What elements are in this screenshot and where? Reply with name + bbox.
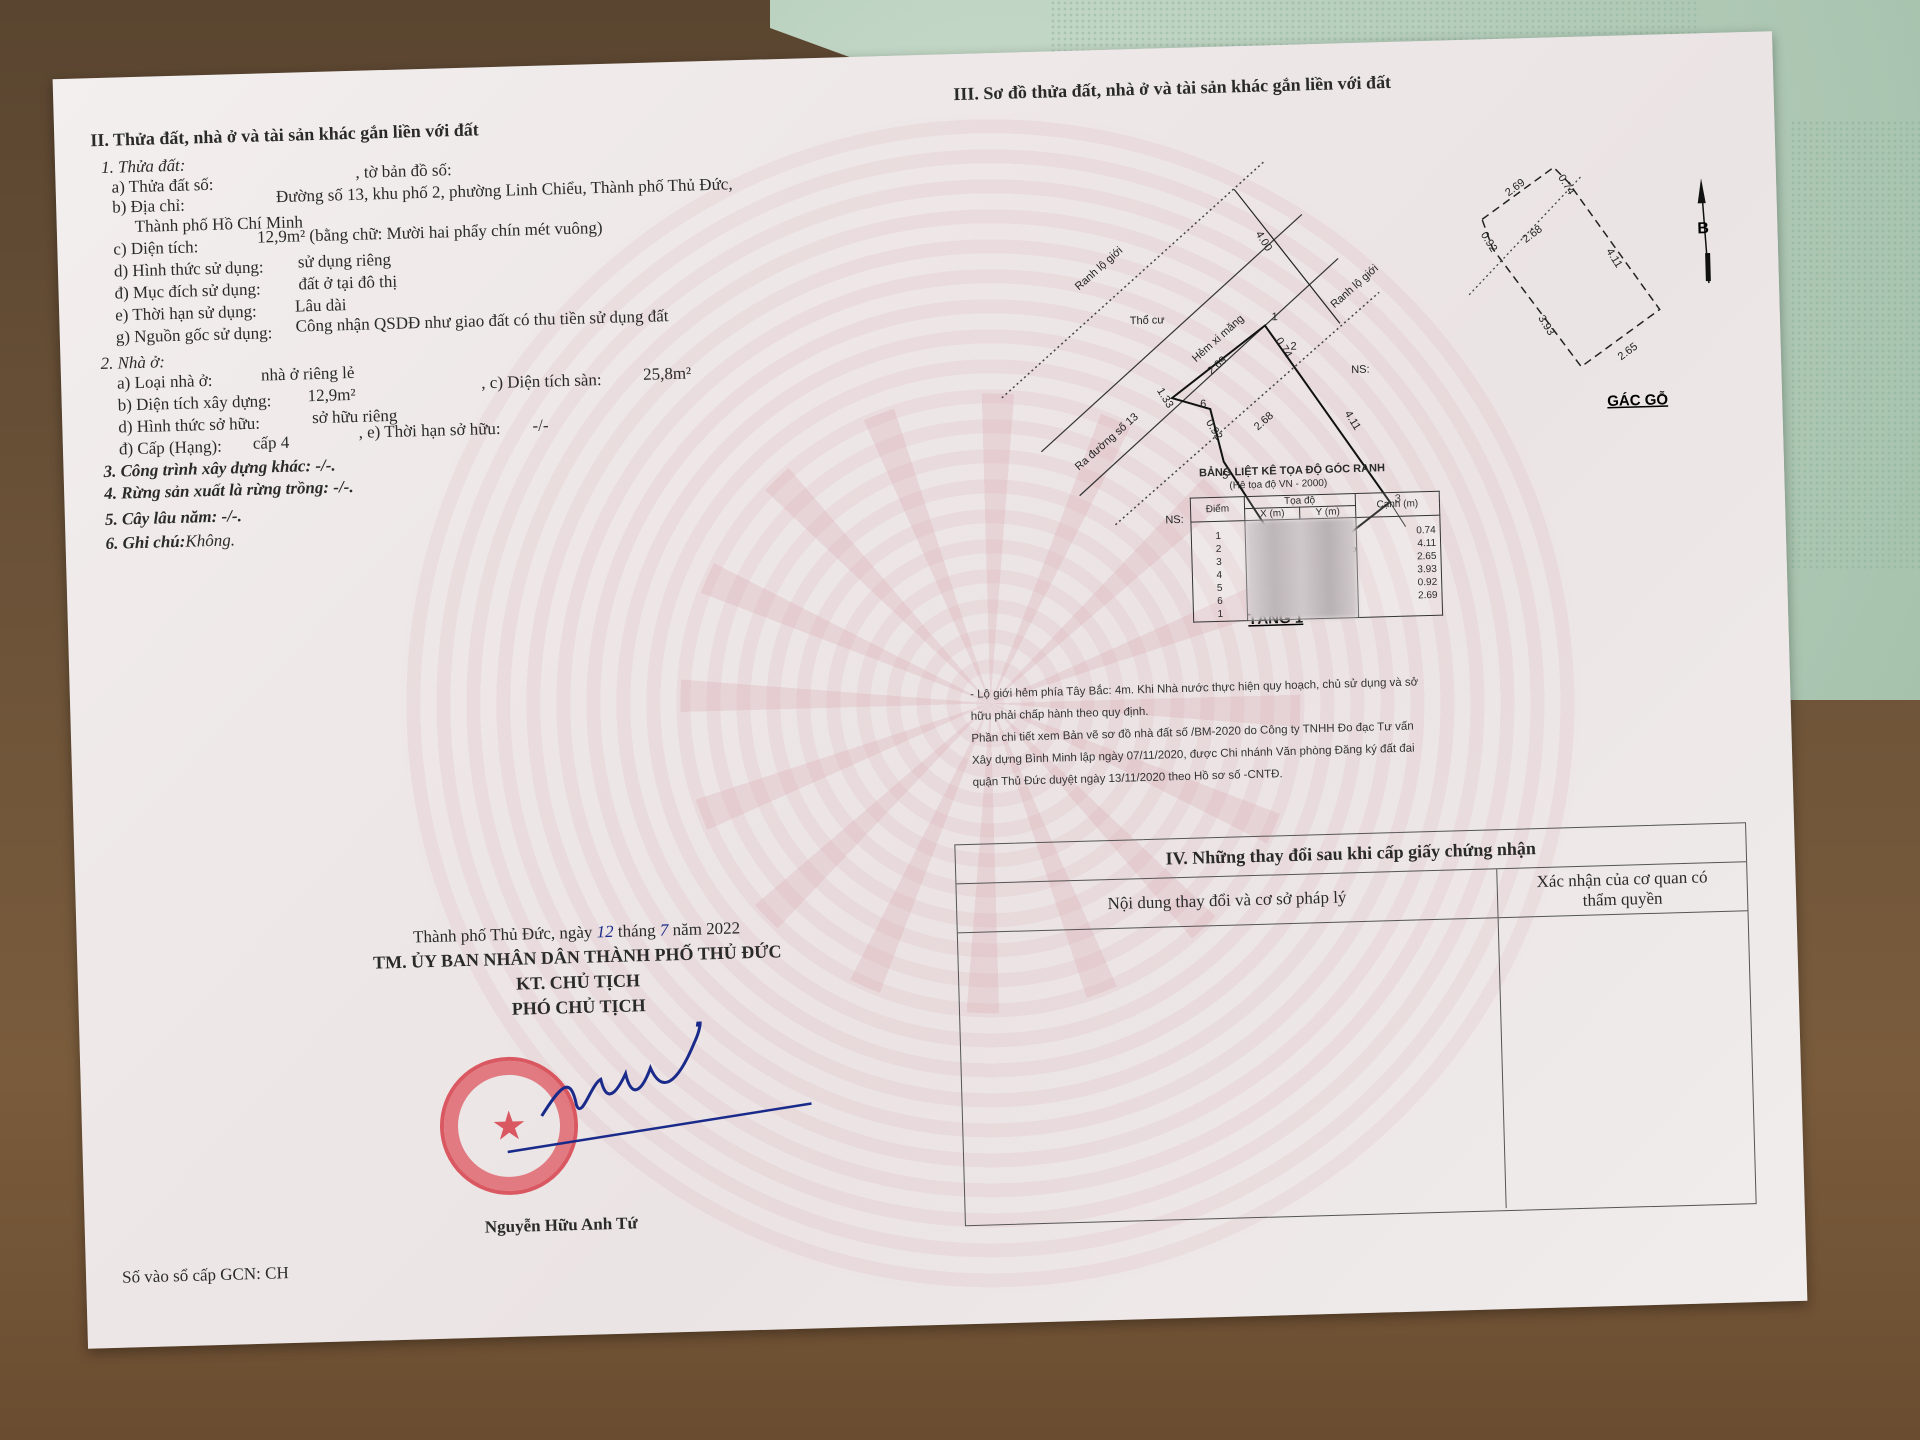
north-label: B [1697,220,1709,237]
section-3-title: III. Sơ đồ thửa đất, nhà ở và tài sản kh… [953,72,1391,105]
svg-text:4.11: 4.11 [1342,409,1363,433]
svg-text:2.65: 2.65 [1616,341,1640,363]
edge-length [1362,602,1438,617]
mezzanine-label: GÁC GỖ [1607,390,1669,410]
svg-text:2: 2 [1290,341,1296,353]
note-value: Không. [185,530,235,550]
handwritten-signature [499,1018,823,1167]
address-label: b) Địa chỉ: [112,196,185,218]
term-label: e) Thời hạn sử dụng: [115,302,257,326]
svg-text:0.92: 0.92 [1203,417,1224,442]
svg-text:2.69: 2.69 [1205,354,1229,377]
build-area-label: b) Diện tích xây dựng: [117,391,271,415]
note-row: 6. Ghi chú:Không. [105,530,235,554]
label-boundary-top: Ranh lộ giới [1073,245,1125,293]
area-label: c) Diện tích: [113,237,198,259]
own-term-value: -/- [532,416,549,436]
col-authority-confirmation: Xác nhận của cơ quan có thẩm quyền [1497,862,1747,917]
area-value: 12,9m² (bằng chữ: Mười hai phẩy chín mét… [257,218,603,248]
point-number: 2 [1196,542,1241,556]
signature-block: Thành phố Thủ Đức, ngày 12 tháng 7 năm 2… [366,917,788,1024]
svg-text:4.11: 4.11 [1603,246,1624,270]
label-to-street: Ra đường số 13 [1073,411,1141,473]
point-number: 4 [1197,568,1242,582]
house-type-label: a) Loại nhà ở: [117,371,213,394]
term-value: Lâu dài [295,295,347,316]
ownership-label: d) Hình thức sở hữu: [118,414,260,438]
svg-text:0.92: 0.92 [1478,230,1499,255]
parcel-label: a) Thửa đất số: [111,175,213,198]
point-number: 1 [1198,607,1243,621]
map-sheet-label: , tờ bản đồ số: [355,160,452,183]
floor-area-value: 25,8m² [643,364,692,385]
purpose-label: đ) Mục đích sử dụng: [114,280,261,304]
signer-name: Nguyễn Hữu Anh Tứ [485,1213,638,1237]
purpose-value: đất ở tại đô thị [298,272,397,295]
point-number: 3 [1196,555,1241,569]
svg-text:0.74: 0.74 [1555,173,1576,198]
issue-month: 7 [660,920,669,939]
own-term-label: , e) Thời hạn sở hữu: [358,419,501,443]
note-label: 6. Ghi chú: [105,532,185,553]
perennial-trees: 5. Cây lâu năm: -/-. [105,506,242,530]
production-forest: 4. Rừng sản xuất là rừng trồng: -/-. [104,477,354,504]
floor-area-label: , c) Diện tích sàn: [481,370,602,393]
grade-value: cấp 4 [253,433,290,454]
grade-label: đ) Cấp (Hạng): [119,437,222,460]
label-ns-1: NS: [1351,364,1370,377]
address-line1: Đường số 13, khu phố 2, phường Linh Chiể… [276,174,733,207]
issue-day: 12 [596,922,614,941]
label-residential: Thổ cư [1130,314,1166,327]
svg-text:4.00: 4.00 [1253,229,1274,254]
origin-label: g) Nguồn gốc sử dụng: [116,323,273,347]
edge-column: 0.744.112.653.930.922.69 [1356,515,1443,617]
origin-value: Công nhận QSDĐ như giao đất có thu tiền … [295,306,668,336]
use-form-value: sử dụng riêng [298,250,392,273]
point-number: 5 [1197,581,1242,595]
blurred-coordinates [1245,518,1359,621]
label-boundary-right: Ranh lộ giới [1329,263,1381,311]
build-area-value: 12,9m² [307,385,356,406]
point-number: 1 [1196,529,1241,543]
edge-length: 2.69 [1362,589,1438,604]
land-use-certificate: II. Thửa đất, nhà ở và tài sản khác gắn … [53,31,1808,1349]
use-form-label: d) Hình thức sử dụng: [114,257,264,281]
lace-pattern [1790,120,1920,570]
svg-text:1.33: 1.33 [1154,386,1175,411]
point-number: 6 [1197,594,1242,608]
point-column: 1234561 [1191,521,1248,622]
confirmation-cell [1499,911,1756,1208]
svg-text:2.68: 2.68 [1520,223,1544,245]
issue-year: 2022 [706,918,741,938]
house-heading: 2. Nhà ở: [100,352,165,374]
svg-text:2.68: 2.68 [1252,410,1276,433]
coord-table: Điểm Tọa độ Cạnh (m) X (m) Y (m) 1234561… [1190,491,1443,623]
diagram-notes: - Lộ giới hẻm phía Tây Bắc: 4m. Khi Nhà … [970,671,1421,793]
svg-text:3.93: 3.93 [1535,313,1556,338]
section-2-title: II. Thửa đất, nhà ở và tài sản khác gắn … [90,119,479,151]
svg-text:1: 1 [1272,311,1278,323]
gcn-register-number: Số vào sổ cấp GCN: CH [122,1263,289,1288]
label-ns-2: NS: [1165,514,1184,527]
north-arrow-icon: B [1696,178,1711,283]
change-content-cell [958,918,1507,1223]
svg-text:6: 6 [1200,398,1206,410]
land-heading: 1. Thửa đất: [101,156,186,178]
changes-table: IV. Những thay đổi sau khi cấp giấy chứn… [954,822,1756,1226]
house-type-value: nhà ở riêng lẻ [261,363,355,386]
